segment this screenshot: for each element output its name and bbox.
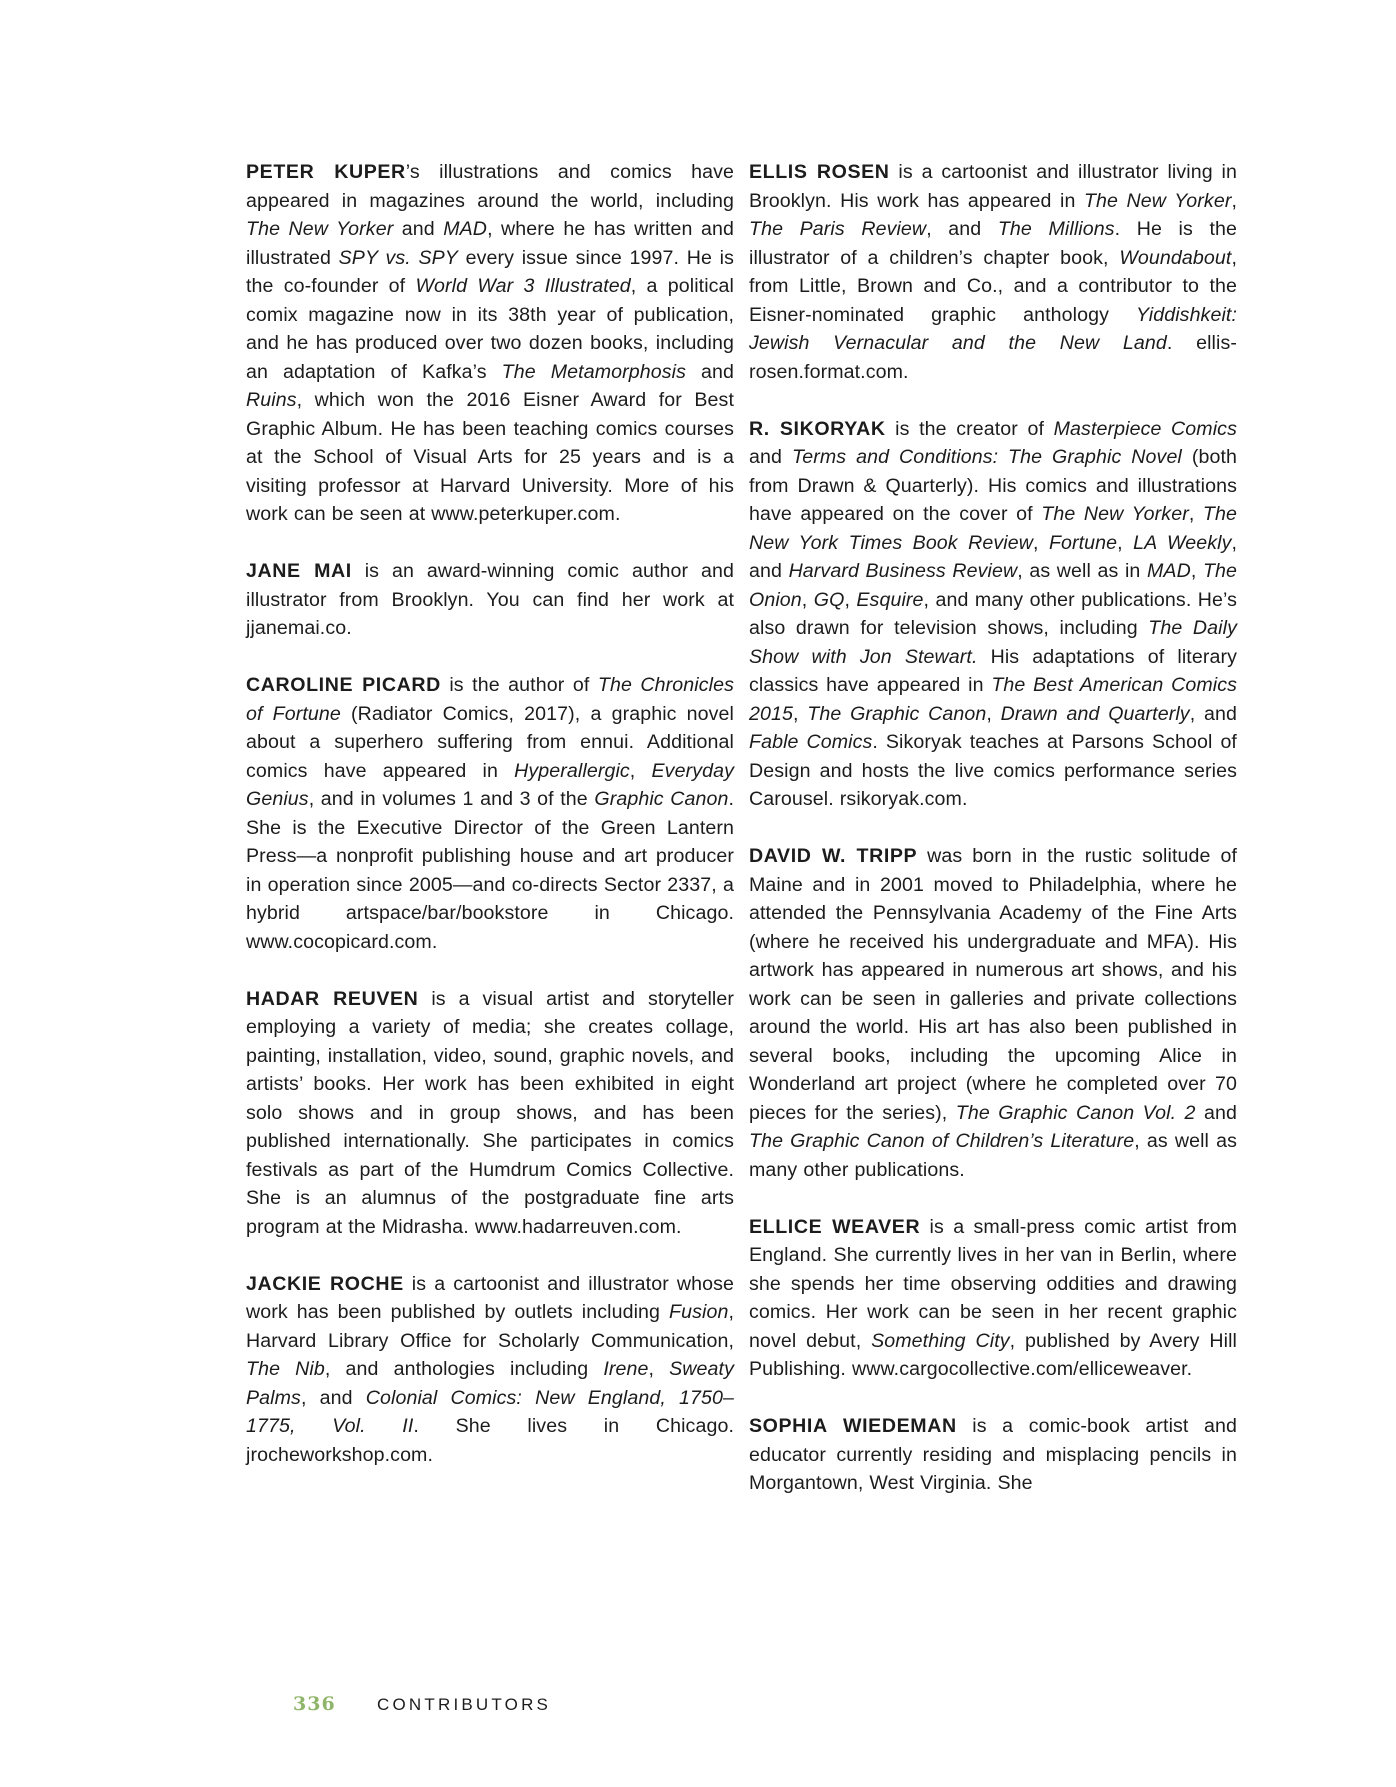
italic-title-text: Fable Comics (749, 731, 872, 753)
italic-title-text: Terms and Conditions: The Graphic Novel (792, 446, 1182, 468)
contributor-bio: ELLIS ROSEN is a cartoonist and illustra… (749, 158, 1237, 386)
italic-title-text: The Graphic Canon Vol. 2 (956, 1102, 1196, 1124)
bio-text: and (749, 446, 792, 468)
contributor-name: PETER KUPER (246, 161, 406, 183)
italic-title-text: MAD (1147, 560, 1191, 582)
italic-title-text: Ruins (246, 389, 297, 411)
italic-title-text: The Paris Review (749, 218, 926, 240)
bio-text: was born in the rustic solitude of Maine… (749, 845, 1237, 1124)
bio-text: , (986, 703, 1000, 725)
italic-title-text: Hyperallergic (514, 760, 630, 782)
bio-text: and (393, 218, 443, 240)
contributor-bio: SOPHIA WIEDEMAN is a comic-book artist a… (749, 1412, 1237, 1498)
contributor-bio: DAVID W. TRIPP was born in the rustic so… (749, 842, 1237, 1184)
book-page: PETER KUPER’s illustrations and comics h… (0, 0, 1396, 1787)
italic-title-text: World War 3 Illustrated (415, 275, 630, 297)
italic-title-text: Irene (603, 1358, 648, 1380)
bio-text: , (1189, 503, 1203, 525)
italic-title-text: Masterpiece Comics (1054, 418, 1237, 440)
italic-title-text: The New Yorker (1041, 503, 1189, 525)
bio-text: , as well as in (1017, 560, 1147, 582)
contributor-name: SOPHIA WIEDEMAN (749, 1415, 957, 1437)
contributor-bio: PETER KUPER’s illustrations and comics h… (246, 158, 734, 529)
bio-text: , which won the 2016 Eisner Award for Be… (246, 389, 734, 525)
contributor-bio: JANE MAI is an award-winning comic autho… (246, 557, 734, 643)
bio-text: , (1033, 532, 1049, 554)
contributor-name: R. SIKORYAK (749, 418, 886, 440)
bio-text: , (649, 1358, 670, 1380)
contributor-bio: R. SIKORYAK is the creator of Masterpiec… (749, 415, 1237, 814)
italic-title-text: GQ (814, 589, 845, 611)
bio-text: , (793, 703, 807, 725)
bio-text: , and anthologies including (325, 1358, 603, 1380)
bio-text: , and (926, 218, 998, 240)
italic-title-text: LA Weekly (1133, 532, 1231, 554)
bio-text: and (686, 361, 734, 383)
bio-text: , (1117, 532, 1133, 554)
italic-title-text: Fusion (669, 1301, 728, 1323)
contributor-bio: JACKIE ROCHE is a cartoonist and illustr… (246, 1270, 734, 1470)
contributor-name: CAROLINE PICARD (246, 674, 441, 696)
italic-title-text: The Millions (998, 218, 1115, 240)
contributor-name: DAVID W. TRIPP (749, 845, 917, 867)
italic-title-text: The Metamorphosis (502, 361, 686, 383)
italic-title-text: SPY vs. SPY (339, 247, 458, 269)
contributor-bio: CAROLINE PICARD is the author of The Chr… (246, 671, 734, 956)
italic-title-text: Woundabout (1119, 247, 1231, 269)
contributor-bio: ELLICE WEAVER is a small-press comic art… (749, 1213, 1237, 1384)
bio-text: and (1196, 1102, 1237, 1124)
page-number: 336 (293, 1693, 377, 1715)
contributor-name: JACKIE ROCHE (246, 1273, 404, 1295)
bio-text: , (630, 760, 652, 782)
bio-text: , (844, 589, 856, 611)
contributor-bio: HADAR REUVEN is a visual artist and stor… (246, 985, 734, 1242)
bio-text: , and in volumes 1 and 3 of the (309, 788, 595, 810)
bio-text: , (1231, 190, 1237, 212)
bio-text: . She is the Executive Director of the G… (246, 788, 734, 953)
bio-text: , (802, 589, 814, 611)
contributor-name: JANE MAI (246, 560, 352, 582)
italic-title-text: The Graphic Canon of Children’s Literatu… (749, 1130, 1134, 1152)
bio-text: is the creator of (886, 418, 1054, 440)
italic-title-text: Harvard Business Review (789, 560, 1018, 582)
contributor-name: ELLICE WEAVER (749, 1216, 920, 1238)
italic-title-text: The New Yorker (246, 218, 393, 240)
italic-title-text: The Nib (246, 1358, 325, 1380)
bio-text: , and (301, 1387, 366, 1409)
bio-text: , (1191, 560, 1203, 582)
bio-text: is a visual artist and storyteller emplo… (246, 988, 734, 1238)
italic-title-text: The New Yorker (1084, 190, 1231, 212)
bio-text: , and (1190, 703, 1237, 725)
italic-title-text: Drawn and Quarterly (1001, 703, 1190, 725)
italic-title-text: Esquire (856, 589, 923, 611)
italic-title-text: Fortune (1049, 532, 1117, 554)
bio-text: is the author of (441, 674, 598, 696)
contributor-name: HADAR REUVEN (246, 988, 418, 1010)
italic-title-text: Something City (871, 1330, 1010, 1352)
page-footer: 336 CONTRIBUTORS (293, 1693, 551, 1715)
italic-title-text: Graphic Canon (594, 788, 728, 810)
italic-title-text: MAD (443, 218, 487, 240)
right-column: ELLIS ROSEN is a cartoonist and illustra… (749, 158, 1237, 1526)
contributor-name: ELLIS ROSEN (749, 161, 890, 183)
italic-title-text: The Graphic Canon (807, 703, 986, 725)
running-head-section-title: CONTRIBUTORS (377, 1695, 551, 1715)
left-column: PETER KUPER’s illustrations and comics h… (246, 158, 734, 1498)
